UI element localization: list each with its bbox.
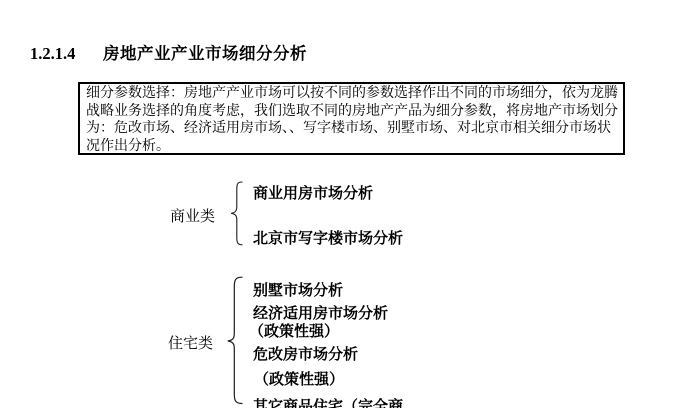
diagram-item: 别墅市场分析 — [253, 279, 343, 300]
curly-brace-icon — [226, 276, 243, 405]
diagram-item: 北京市写字楼市场分析 — [253, 227, 403, 248]
intro-box: 细分参数选择：房地产产业市场可以按不同的参数选择作出不同的市场细分，依为龙腾战略… — [78, 82, 625, 155]
group-label-commercial: 商业类 — [170, 205, 215, 226]
section-number: 1.2.1.4 — [30, 44, 103, 64]
diagram-item-clipped: 其它商品住宅（完全商 — [253, 395, 403, 408]
diagram-item: 危改房市场分析 — [253, 343, 358, 364]
diagram-item: （政策性强） — [254, 368, 344, 389]
diagram-item: （政策性强） — [249, 320, 339, 341]
intro-paragraph: 细分参数选择：房地产产业市场可以按不同的参数选择作出不同的市场细分，依为龙腾战略… — [86, 85, 618, 155]
section-heading: 1.2.1.4房地产业产业市场细分分析 — [30, 40, 307, 64]
section-title: 房地产业产业市场细分分析 — [103, 44, 307, 63]
document-page: 1.2.1.4房地产业产业市场细分分析 细分参数选择：房地产产业市场可以按不同的… — [0, 0, 695, 408]
diagram-item: 商业用房市场分析 — [253, 182, 373, 203]
curly-brace-icon — [230, 181, 243, 246]
group-label-residential: 住宅类 — [168, 332, 213, 353]
